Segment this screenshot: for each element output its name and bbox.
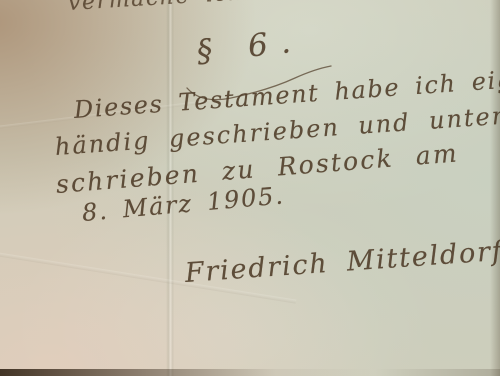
document-photo: vermache ich ein (1) Mark. § 6. Dieses T… [0,0,500,376]
photo-bottom-edge-shadow [0,369,500,376]
photo-right-edge-shadow [490,0,500,376]
